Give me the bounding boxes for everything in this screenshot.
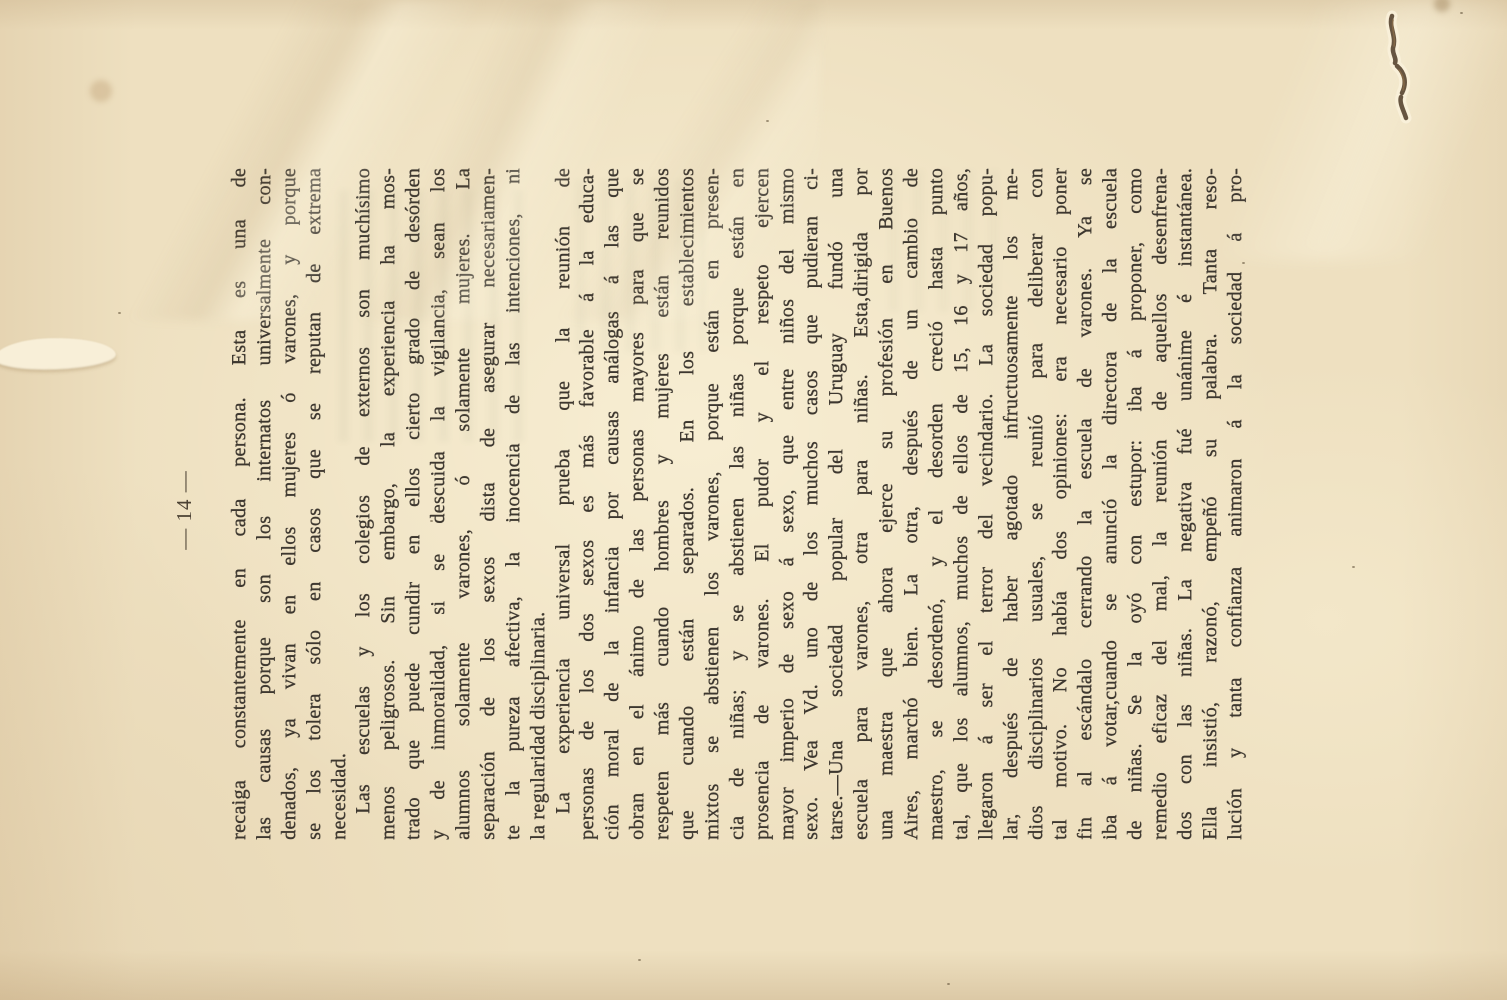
text-line: lución y tanta confianza animaron á la s… bbox=[1223, 168, 1248, 840]
text-line: la regularidad disciplinaria. bbox=[526, 168, 551, 840]
text-line: tal motivo. No había dos opiniones: era … bbox=[1048, 168, 1073, 840]
text-line: se los tolera sólo en casos que se reput… bbox=[302, 168, 327, 840]
text-line: menos peligrosos. Sin embargo, la experi… bbox=[376, 168, 401, 840]
text-line: Aires, marchó bien. La otra, después de … bbox=[899, 168, 924, 840]
text-line: que cuando están separados. En los estab… bbox=[675, 168, 700, 840]
text-line: mayor imperio de sexo á sexo, que entre … bbox=[775, 168, 800, 840]
text-line: una maestra que ahora ejerce su profesió… bbox=[874, 168, 899, 840]
text-line: sexo. Vea Vd. uno de los muchos casos qu… bbox=[799, 168, 824, 840]
text-line: te la pureza afectiva, la inocencia de l… bbox=[501, 168, 526, 840]
text-line: las causas porque son los internatos uni… bbox=[252, 168, 277, 840]
text-line: La experiencia universal prueba que la r… bbox=[551, 168, 576, 840]
text-line: ción moral de la infancia por causas aná… bbox=[600, 168, 625, 840]
text-line: separación de los sexos dista de asegura… bbox=[476, 168, 501, 840]
text-line: tal, que los alumnos, muchos de ellos de… bbox=[949, 168, 974, 840]
text-line: respeten más cuando hombres y mujeres es… bbox=[650, 168, 675, 840]
text-block: recaiga constantemente en cada persona. … bbox=[227, 168, 1248, 840]
page-content: — 14 — recaiga constantemente en cada pe… bbox=[0, 0, 1507, 1000]
text-line: dios disciplinarios usuales, se reunió p… bbox=[1024, 168, 1049, 840]
text-line: personas de los dos sexos es más favorab… bbox=[575, 168, 600, 840]
text-line: llegaron á ser el terror del vecindario.… bbox=[974, 168, 999, 840]
text-line: remedio eficaz del mal, la reunión de aq… bbox=[1148, 168, 1173, 840]
text-line: de niñas. Se la oyó con estupor: iba á p… bbox=[1123, 168, 1148, 840]
text-line: alumnos solamente varones, ó solamente m… bbox=[451, 168, 476, 840]
text-line: denados, ya vivan en ellos mujeres ó var… bbox=[277, 168, 302, 840]
scanned-book-page: — 14 — recaiga constantemente en cada pe… bbox=[0, 0, 1507, 1000]
text-line: maestro, se desordenó, y el desorden cre… bbox=[924, 168, 949, 840]
text-line: fin al escándalo cerrando la escuela de … bbox=[1073, 168, 1098, 840]
text-line: y de inmoralidad, si se descuida la vigi… bbox=[426, 168, 451, 840]
text-line: Las escuelas y los colegios de externos … bbox=[351, 168, 376, 840]
text-line: iba á votar,cuando se anunció la directo… bbox=[1098, 168, 1123, 840]
text-line: Ella insistió, razonó, empeñó su palabra… bbox=[1198, 168, 1223, 840]
text-line: necesidad. bbox=[327, 168, 352, 840]
text-line: cia de niñas; y se abstienen las niñas p… bbox=[725, 168, 750, 840]
text-line: prosencia de varones. El pudor y el resp… bbox=[750, 168, 775, 840]
text-line: dos con las niñas. La negativa fué unáni… bbox=[1173, 168, 1198, 840]
text-line: obran en el ánimo de las personas mayore… bbox=[625, 168, 650, 840]
text-line: lar, después de haber agotado infructuos… bbox=[999, 168, 1024, 840]
page-number: — 14 — bbox=[172, 20, 197, 1000]
text-line: recaiga constantemente en cada persona. … bbox=[227, 168, 252, 840]
text-line: mixtos se abstienen los varones, porque … bbox=[700, 168, 725, 840]
text-line: trado que puede cundir en ellos cierto g… bbox=[401, 168, 426, 840]
text-line: escuela para varones, otra para niñas. E… bbox=[849, 168, 874, 840]
text-line: tarse.—Una sociedad popular del Uruguay … bbox=[824, 168, 849, 840]
